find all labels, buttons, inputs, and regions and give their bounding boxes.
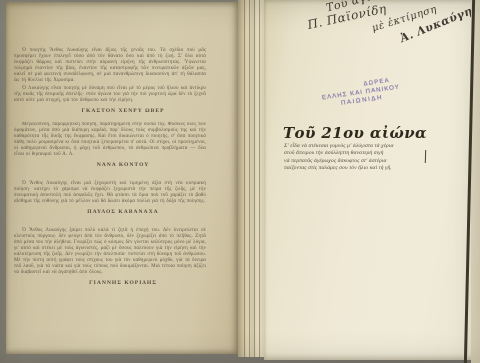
poem-title: Τοῦ 21ου αἰώνα	[283, 124, 427, 142]
verse-line-2: στοῦ ἄπειρου τὴν ἀσύλληπτη θανατερὴ σιγὴ	[284, 150, 464, 157]
left-text-column: Ὁ ποιητὴς Ἄνθος Λυκαύγης εἶναι ἄξιος τῆς…	[14, 48, 206, 294]
blurb-attribution-ober: ΓΚΑΣΤΟΝ ΧΕΝΡΥ ΩΒΕΡ	[14, 108, 206, 114]
blurb-kontou-paragraph: Μεγαλόπνοη, παρορμητικὴ ποίηση, παρατηρη…	[14, 122, 206, 158]
verse-line-4: παίζοντας στὶς παλάμες σου τὸν ἥλιο καὶ …	[284, 165, 464, 172]
blurb-ober-paragraph-2: Ὁ Λυκαύγης εἶναι ποιητὴς μὲ δύναμη ποὺ ε…	[14, 86, 206, 104]
page-edge-line	[244, 0, 245, 357]
verse-line-1: Σ' εἶδα νὰ στέκεσαι γυμνὸς μ' ἀλύγιστα τ…	[284, 143, 464, 150]
blurb-kavanacha-paragraph: Ὁ Ἄνθος Λυκαύγης εἶναι μιὰ ξεχωριστὴ καὶ…	[14, 181, 206, 205]
blurb-attribution-kavanacha: ΠΑΥΛΟΣ ΚΑΒΑΝΑΧΑ	[14, 209, 206, 215]
page-edge-line	[249, 0, 250, 357]
right-page	[264, 0, 480, 360]
book-gutter-page-edges	[238, 0, 264, 357]
left-page: Ὁ ποιητὴς Ἄνθος Λυκαύγης εἶναι ἄξιος τῆς…	[6, 2, 238, 354]
page-edge-line	[254, 0, 255, 357]
blurb-koridis-paragraph: Ὁ Ἄνθος Λυκαύγης ξαίρει πολὺ καλὰ τί ζητ…	[14, 228, 206, 276]
blurb-attribution-kontou: ΝΑΝΑ ΚΟΝΤΟΥ	[14, 162, 206, 168]
poem-verse: Σ' εἶδα νὰ στέκεσαι γυμνὸς μ' ἀλύγιστα τ…	[284, 143, 464, 173]
blurb-attribution-koridis: ΓΙΑΝΝΗΣ ΚΟΡΙΔΗΣ	[14, 280, 206, 286]
book-spread-photo: Ὁ ποιητὴς Ἄνθος Λυκαύγης εἶναι ἄξιος τῆς…	[0, 0, 480, 363]
blurb-ober-paragraph-1: Ὁ ποιητὴς Ἄνθος Λυκαύγης εἶναι ἄξιος τῆς…	[14, 48, 206, 84]
page-edge-line	[259, 0, 260, 357]
